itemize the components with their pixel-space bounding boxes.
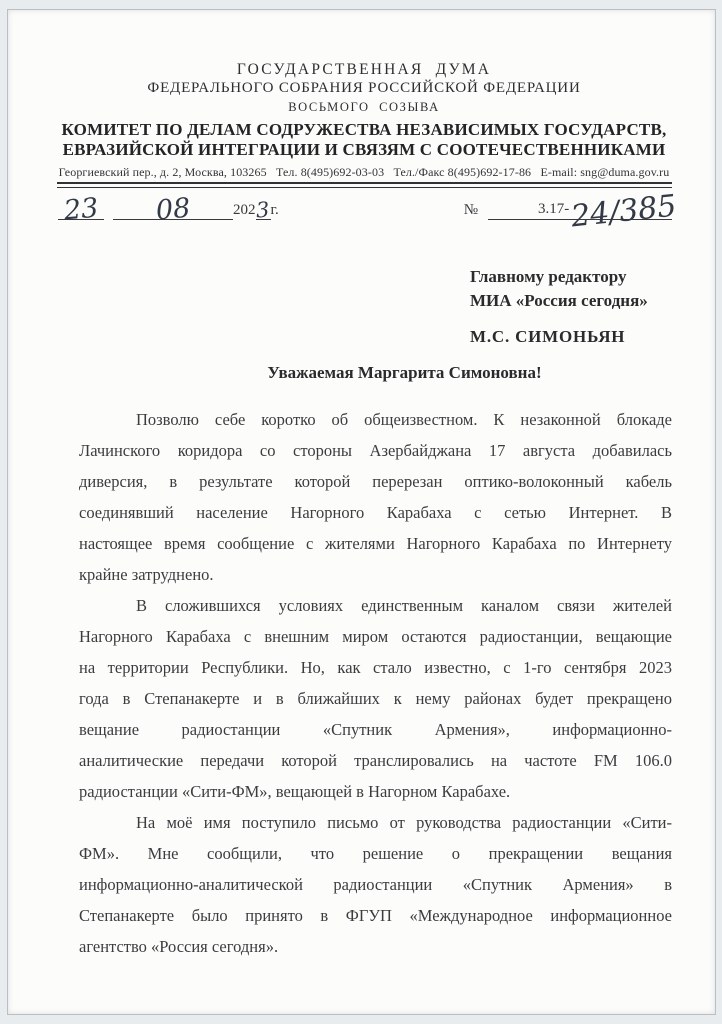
letter-line: радиостанции «Сити-ФМ», вещающей в Нагор… (79, 776, 672, 807)
letter-line: ФМ». Мне сообщили, что решение о прекращ… (79, 838, 672, 869)
recipient-title: Главному редактору (470, 265, 648, 289)
date-month-field: 08 (113, 189, 233, 220)
letter-line: Нагорного Карабаха с внешним миром остаю… (79, 621, 672, 652)
convocation-line: ВОСЬМОГО СОЗЫВА (40, 100, 688, 115)
letter-line: Степанакерте было принято в ФГУП «Междун… (79, 900, 672, 931)
letter-body: Позволю себе коротко об общеизвестном. К… (79, 404, 672, 962)
letter-line: На моё имя поступило письмо от руководст… (79, 807, 672, 838)
letter-line: диверсия, в результате которой перерезан… (79, 466, 672, 497)
printed-year-prefix: 202 (233, 200, 256, 220)
handwritten-year-digit: 3 (256, 200, 271, 222)
letter-line: на территории Республики. Но, как стало … (79, 652, 672, 683)
letter-line: настоящее время сообщение с жителями Наг… (79, 528, 672, 559)
date-number-row: 23 08 202 3 г. № 3.17- 24/385 (58, 189, 672, 220)
committee-name-line1: КОМИТЕТ ПО ДЕЛАМ СОДРУЖЕСТВА НЕЗАВИСИМЫХ… (40, 120, 688, 140)
letter-line: аналитические передачи которой транслиро… (79, 745, 672, 776)
number-sign: № (464, 200, 478, 220)
recipient-name: М.С. СИМОНЬЯН (470, 327, 625, 347)
letter-line: года в Степанакерте и в ближайших к нему… (79, 683, 672, 714)
handwritten-day: 23 (63, 195, 100, 225)
letter-line: Позволю себе коротко об общеизвестном. К… (79, 404, 672, 435)
printed-number-prefix: 3.17- (538, 199, 569, 219)
letter-line: агентство «Россия сегодня». (79, 931, 672, 962)
printed-year-suffix: г. (271, 200, 279, 220)
letter-line: вещание радиостанции «Спутник Армения», … (79, 714, 672, 745)
date-year-field: 3 (256, 189, 271, 220)
committee-name-line2: ЕВРАЗИЙСКОЙ ИНТЕГРАЦИИ И СВЯЗЯМ С СООТЕЧ… (40, 140, 688, 160)
recipient-block: Главному редактору МИА «Россия сегодня» (470, 265, 648, 313)
recipient-organization: МИА «Россия сегодня» (470, 289, 648, 313)
letter-line: В сложившихся условиях единственным кана… (79, 590, 672, 621)
double-rule (57, 182, 672, 188)
date-day-field: 23 (58, 189, 104, 220)
letter-line: информационно-аналитической радиостанции… (79, 869, 672, 900)
letter-line: Лачинского коридора со стороны Азербайдж… (79, 435, 672, 466)
scanned-letter-page: ГОСУДАРСТВЕННАЯ ДУМА ФЕДЕРАЛЬНОГО СОБРАН… (0, 0, 722, 1024)
salutation: Уважаемая Маргарита Симоновна! (79, 363, 672, 383)
letter-line: крайне затруднено. (79, 559, 672, 590)
org-name-line2: ФЕДЕРАЛЬНОГО СОБРАНИЯ РОССИЙСКОЙ ФЕДЕРАЦ… (40, 80, 688, 97)
org-name-line1: ГОСУДАРСТВЕННАЯ ДУМА (40, 61, 688, 79)
outgoing-number-field: 3.17- 24/385 (488, 189, 672, 220)
handwritten-month: 08 (155, 195, 192, 225)
contact-line: Георгиевский пер., д. 2, Москва, 103265 … (40, 165, 688, 180)
letter-line: соединявший население Нагорного Карабаха… (79, 497, 672, 528)
